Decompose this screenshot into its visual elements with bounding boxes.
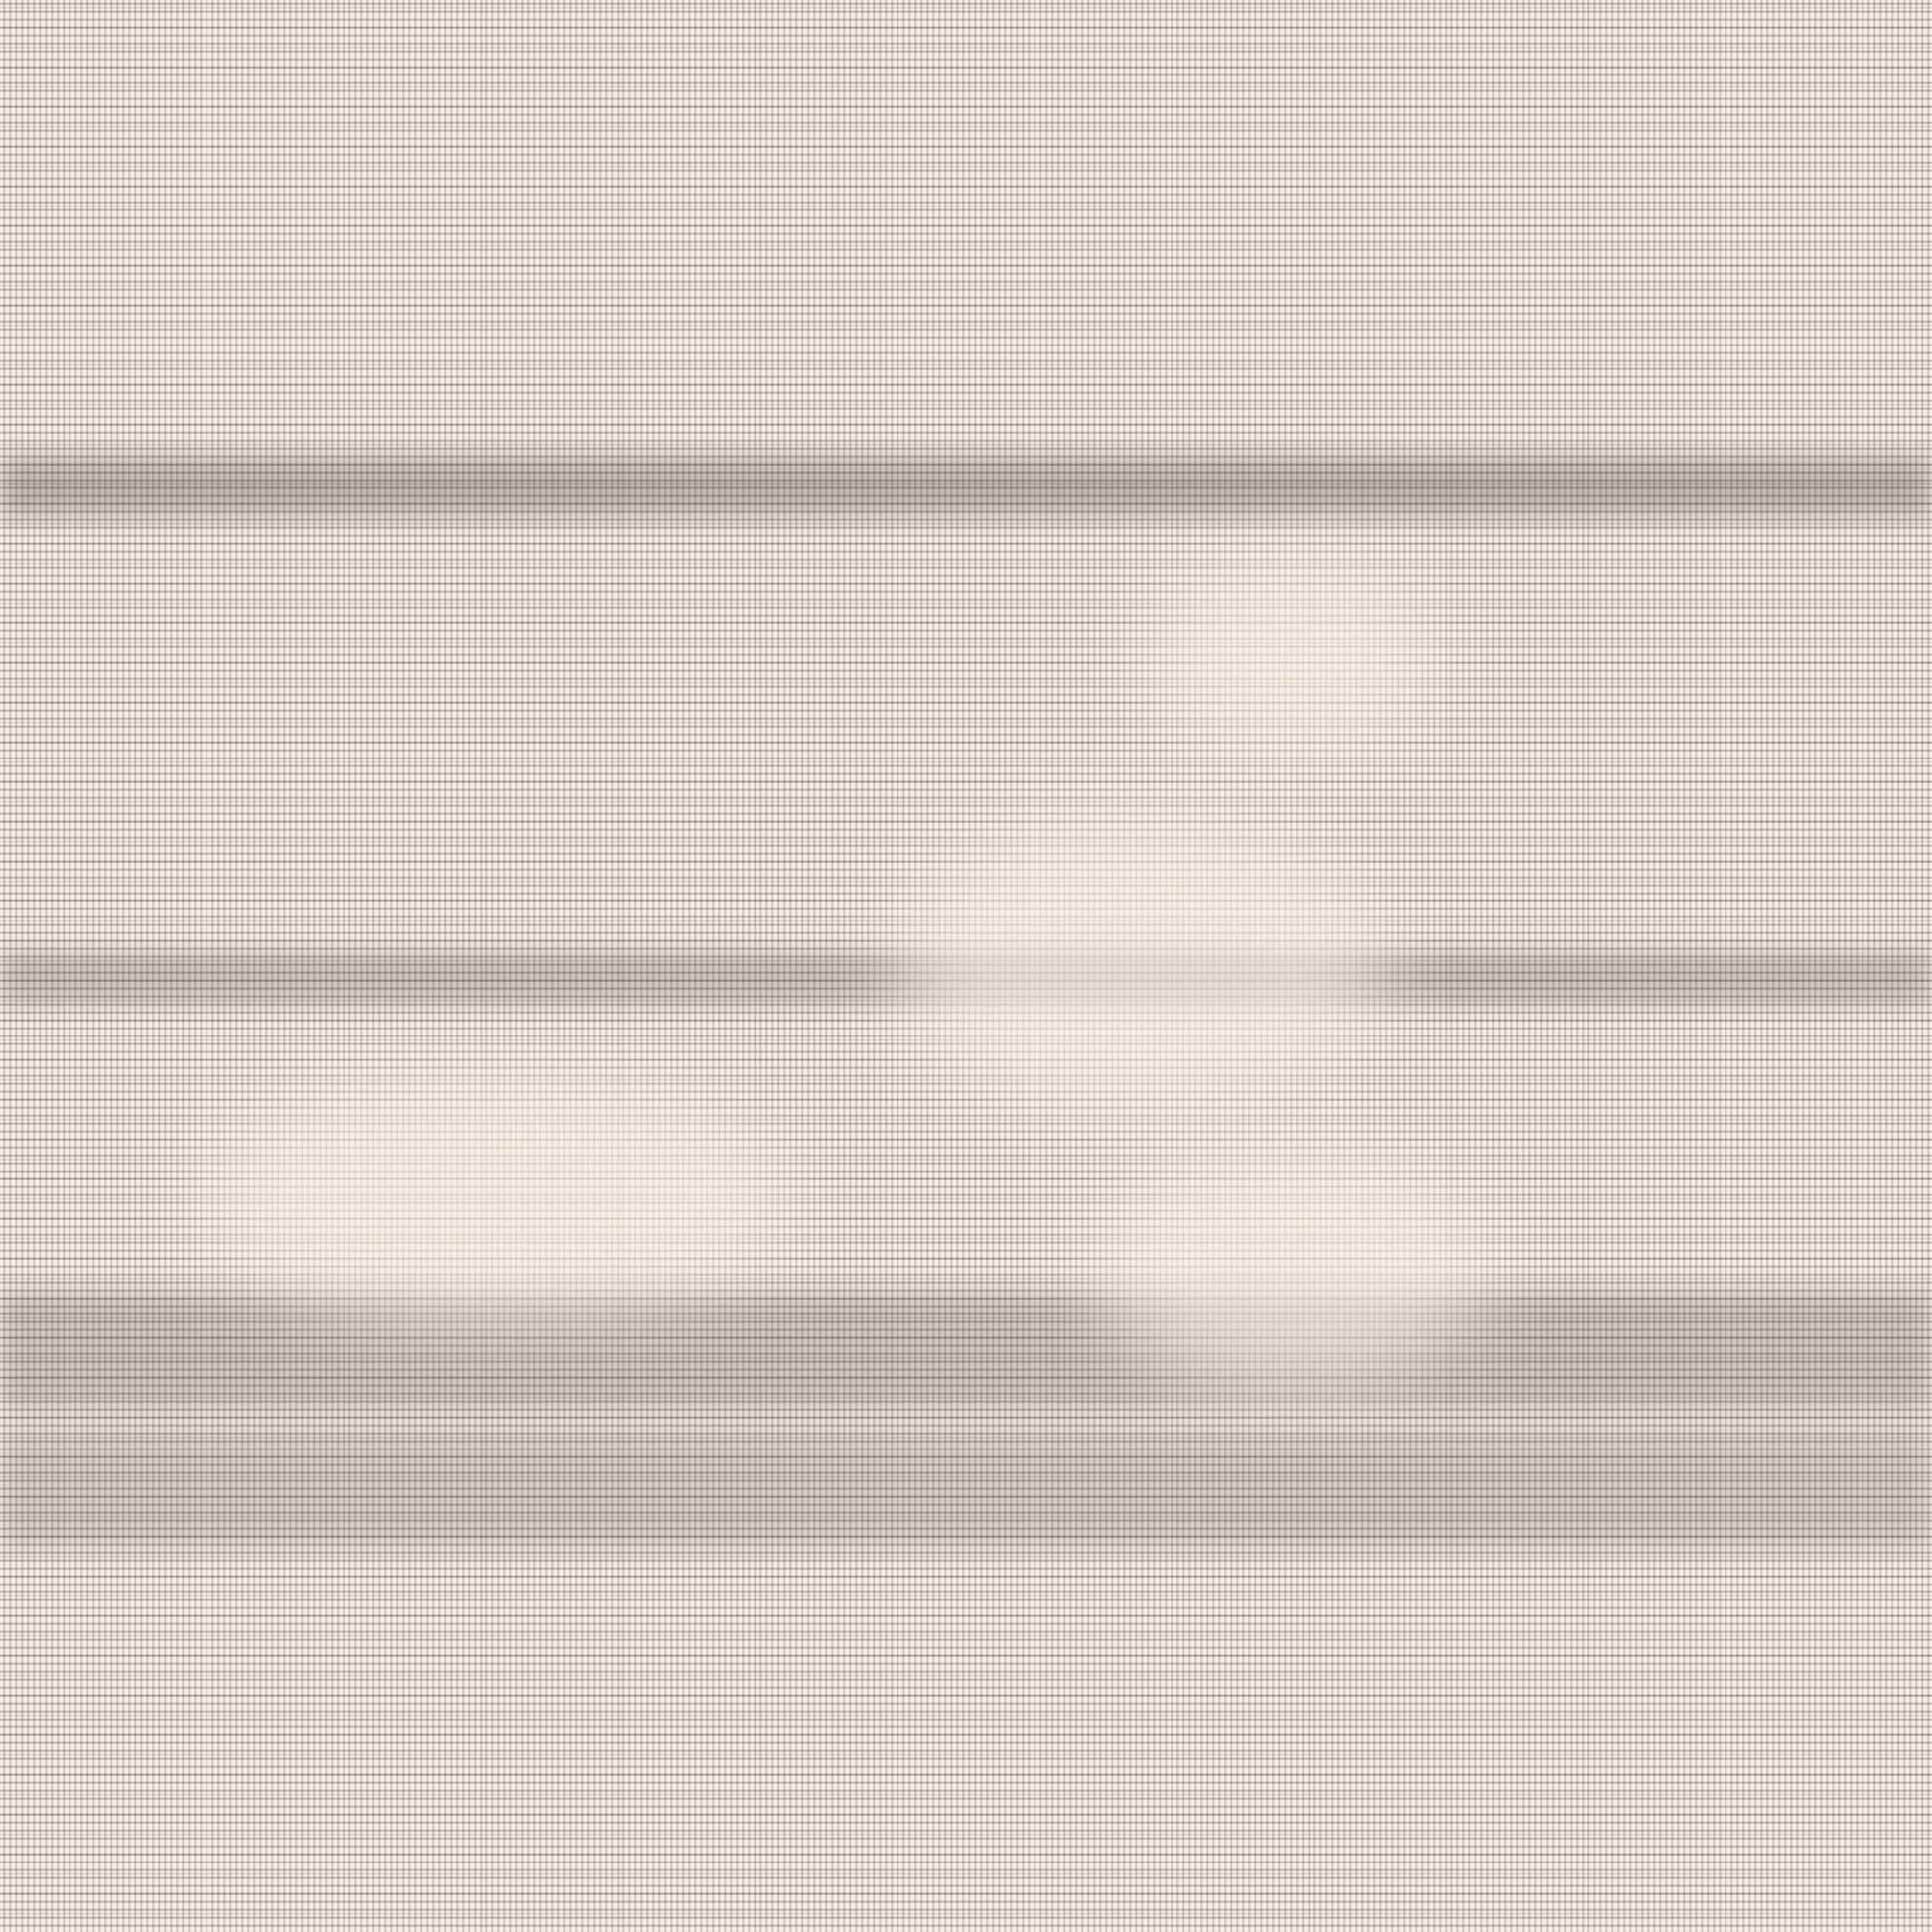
light-patch — [199, 1072, 794, 1320]
light-patch — [1092, 1142, 1489, 1390]
light-patch — [894, 814, 1390, 1112]
dark-band — [0, 1291, 1932, 1410]
light-patch — [1142, 556, 1440, 755]
dark-band — [0, 1430, 1932, 1549]
dark-band — [0, 457, 1932, 516]
